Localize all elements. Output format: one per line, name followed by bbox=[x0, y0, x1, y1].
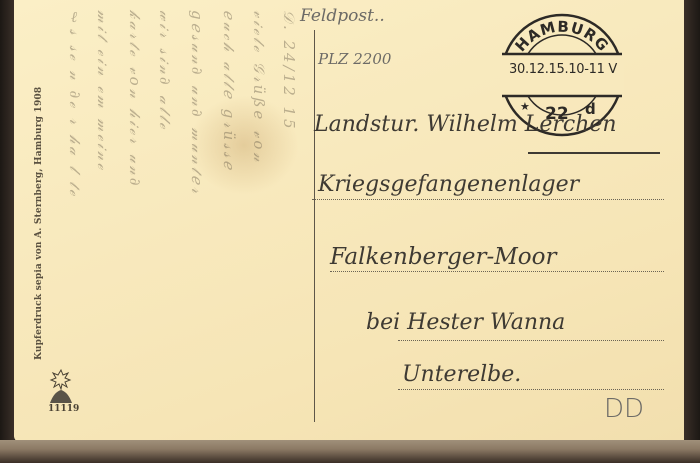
address-dotted-line-2 bbox=[330, 271, 664, 272]
scan-left-edge bbox=[0, 0, 14, 463]
address-divider-line bbox=[314, 30, 315, 422]
header-note: Feldpost.. bbox=[300, 6, 385, 26]
name-underline bbox=[528, 152, 660, 154]
address-dotted-line-4 bbox=[398, 389, 664, 390]
postal-code-note: PLZ 2200 bbox=[318, 50, 391, 68]
postmark-city: HAMBURG bbox=[511, 18, 612, 56]
address-line-5: Unterelbe. bbox=[402, 362, 521, 387]
postmark-date: 30.12.15.10-11 V bbox=[509, 62, 617, 77]
faded-message: ℓ𝓈 𝓈ℯ 𝓃 ∂ℯ 𝓇 𝒽𝒶 𝓁 𝓉ℯ 𝓂𝒾𝓉 ℯ𝒾𝓃 ℯ𝓂 𝓂ℯ𝒾𝓃ℯ 𝓀𝒶… bbox=[54, 0, 309, 440]
corner-note: DD bbox=[604, 394, 644, 424]
card-number: 11119 bbox=[48, 404, 79, 414]
svg-text:HAMBURG: HAMBURG bbox=[511, 18, 612, 56]
scan-right-edge bbox=[684, 0, 700, 463]
scan-bottom-edge bbox=[0, 440, 700, 463]
publisher-logo-icon bbox=[48, 368, 74, 404]
address-line-3: Falkenberger-Moor bbox=[330, 244, 557, 270]
address-line-1: Landstur. Wilhelm Lerchen bbox=[314, 112, 617, 137]
address-line-2: Kriegsgefangenenlager bbox=[318, 172, 579, 197]
address-line-4: bei Hester Wanna bbox=[366, 310, 565, 335]
publisher-imprint: Kupferdruck sepia von A. Sternberg, Hamb… bbox=[34, 87, 44, 360]
address-dotted-line-1 bbox=[312, 199, 664, 200]
address-dotted-line-3 bbox=[398, 340, 664, 341]
